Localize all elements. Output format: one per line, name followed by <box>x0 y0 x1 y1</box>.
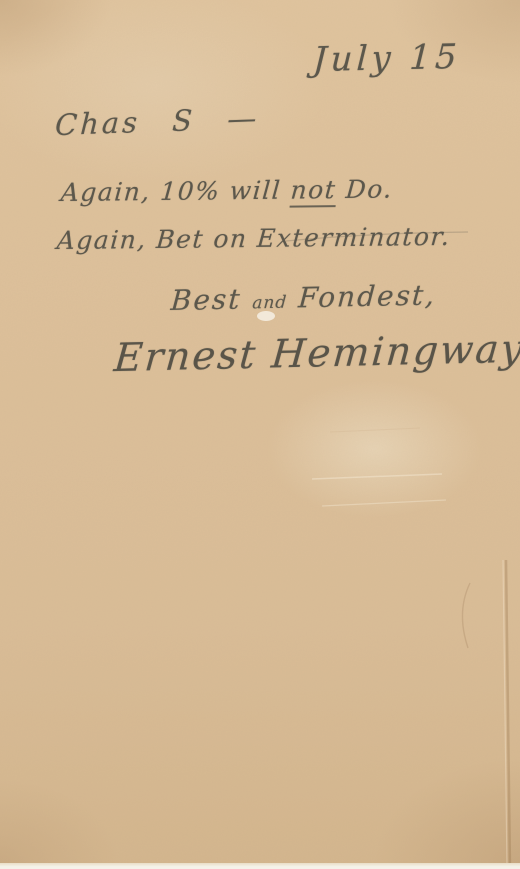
letter-photograph: July 15 Chas S — Again, 10% will not Do.… <box>0 0 520 869</box>
signature-text: Ernest Hemingway <box>112 327 520 381</box>
salutation-line: Chas S — <box>54 101 260 142</box>
date-line: July 15 <box>312 37 462 80</box>
closing-word-and: and <box>252 293 288 314</box>
body-line-2: Again, Bet on Exterminator. <box>56 222 452 255</box>
closing-line: Best and Fondest, <box>170 278 438 317</box>
body-line-2-text: Again, Bet on Exterminator. <box>56 222 452 255</box>
salutation-text: Chas S — <box>54 101 260 142</box>
body-line-1: Again, 10% will not Do. <box>60 175 394 208</box>
date-text: July 15 <box>312 37 462 80</box>
body-line-1-post: Do. <box>335 175 394 205</box>
body-line-1-underlined-word: not <box>289 175 337 208</box>
signature: Ernest Hemingway <box>112 327 520 381</box>
closing-word-fondest: Fondest, <box>297 278 437 314</box>
closing-word-best: Best <box>170 283 243 318</box>
photo-bottom-edge <box>0 863 520 869</box>
body-line-1-pre: Again, 10% will <box>60 176 292 207</box>
